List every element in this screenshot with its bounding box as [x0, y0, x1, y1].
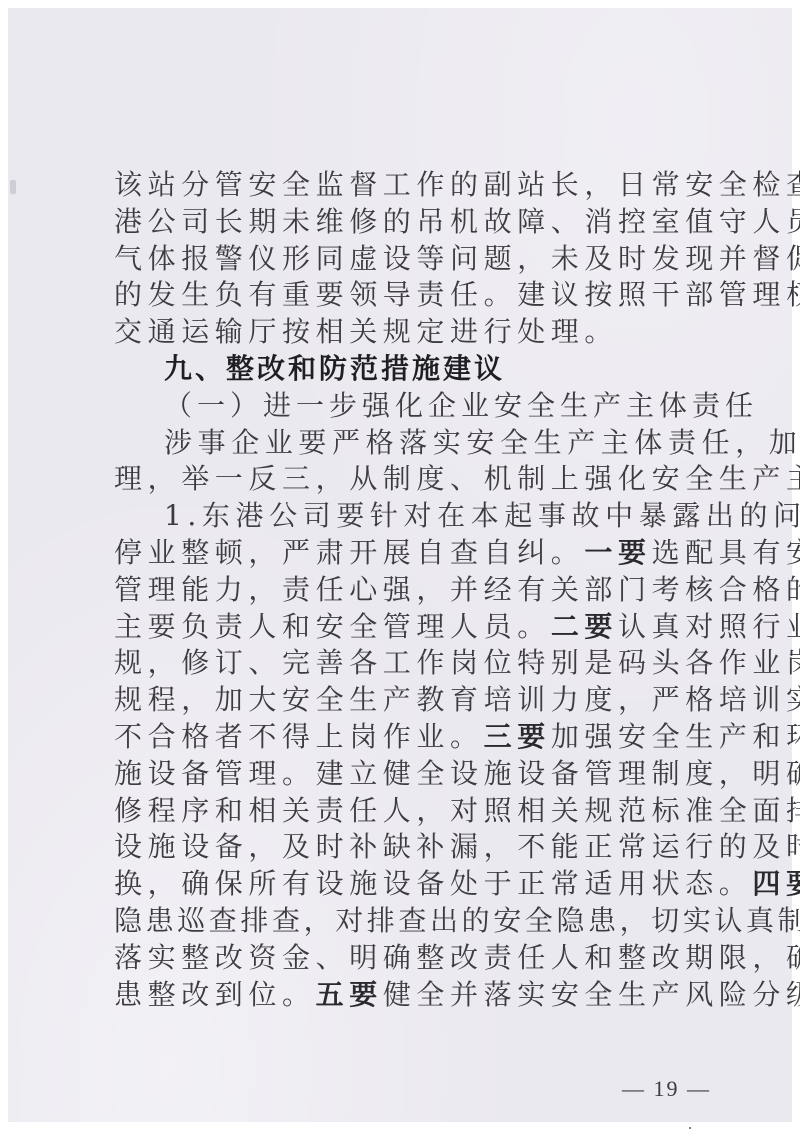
scan-dot — [689, 1127, 691, 1129]
text-line: 不合格者不得上岗作业。三要加强安全生产和环境保护相关设 — [114, 719, 704, 756]
text-line: 规程，加大安全生产教育培训力度，严格培训实绩考核，考核 — [114, 682, 704, 719]
text-line: 该站分管安全监督工作的副站长，日常安全检查走过场，对东 — [114, 167, 704, 204]
text-line: 涉事企业要严格落实安全生产主体责任，加强安全生产管 — [114, 425, 704, 462]
text-line: 患整改到位。五要健全并落实安全生产风险分级管控机制。按 — [114, 977, 704, 1014]
text-segment: 不合格者不得上岗作业。 — [114, 720, 484, 753]
document-page: 该站分管安全监督工作的副站长，日常安全检查走过场，对东 港公司长期未维修的吊机故… — [8, 8, 792, 1122]
text-line: 1.东港公司要针对在本起事故中暴露出的问题，严格落实 — [114, 498, 704, 535]
text-segment: 患整改到位。 — [114, 978, 316, 1011]
text-line: 修程序和相关责任人，对照相关规范标准全面排查公司现有的 — [114, 793, 704, 830]
keyword-second: 二要 — [551, 610, 618, 643]
text-line: 设施设备，及时补缺补漏，不能正常运行的及时进行维修、更 — [114, 829, 704, 866]
text-line: 规，修订、完善各工作岗位特别是码头各作业岗位的安全操作 — [114, 645, 704, 682]
text-segment: 认真对照行业标准和相关法 — [618, 610, 800, 643]
keyword-first: 一要 — [584, 536, 651, 569]
section-heading: 九、整改和防范措施建议 — [114, 351, 704, 388]
text-line: 换，确保所有设施设备处于正常适用状态。四要加强安全生产 — [114, 866, 704, 903]
text-segment: 健全并落实安全生产风险分级管控机制。按 — [383, 978, 800, 1011]
text-segment: 选配具有安全生产知识和 — [652, 536, 800, 569]
text-line: 理，举一反三，从制度、机制上强化安全生产主体责任。 — [114, 461, 704, 498]
text-line: 的发生负有重要领导责任。建议按照干部管理权限，由福建省 — [114, 277, 704, 314]
subsection-heading: （一）进一步强化企业安全生产主体责任 — [114, 388, 704, 425]
text-segment: 主要负责人和安全管理人员。 — [114, 610, 551, 643]
text-line: 气体报警仪形同虚设等问题，未及时发现并督促整改，对事故 — [114, 241, 704, 278]
keyword-fourth: 四要 — [752, 867, 800, 900]
text-line: 隐患巡查排查，对排查出的安全隐患，切实认真制定整改方案、 — [114, 903, 704, 940]
text-segment: 换，确保所有设施设备处于正常适用状态。 — [114, 867, 752, 900]
text-line: 落实整改资金、明确整改责任人和整改期限，确保安全生产隐 — [114, 940, 704, 977]
keyword-third: 三要 — [484, 720, 551, 753]
text-line: 交通运输厅按相关规定进行处理。 — [114, 314, 704, 351]
text-segment: 加强安全生产和环境保护相关设 — [551, 720, 800, 753]
text-line: 施设备管理。建立健全设施设备管理制度，明确设施设备检维 — [114, 756, 704, 793]
text-line: 停业整顿，严肃开展自查自纠。一要选配具有安全生产知识和 — [114, 535, 704, 572]
keyword-fifth: 五要 — [316, 978, 383, 1011]
scan-artifact — [10, 180, 16, 194]
text-line: 管理能力，责任心强，并经有关部门考核合格的人员担任企业 — [114, 572, 704, 609]
text-line: 港公司长期未维修的吊机故障、消控室值守人员不在岗、可燃 — [114, 204, 704, 241]
text-segment: 停业整顿，严肃开展自查自纠。 — [114, 536, 584, 569]
document-body: 该站分管安全监督工作的副站长，日常安全检查走过场，对东 港公司长期未维修的吊机故… — [114, 167, 704, 1013]
page-number: — 19 — — [622, 1076, 711, 1102]
text-line: 主要负责人和安全管理人员。二要认真对照行业标准和相关法 — [114, 609, 704, 646]
